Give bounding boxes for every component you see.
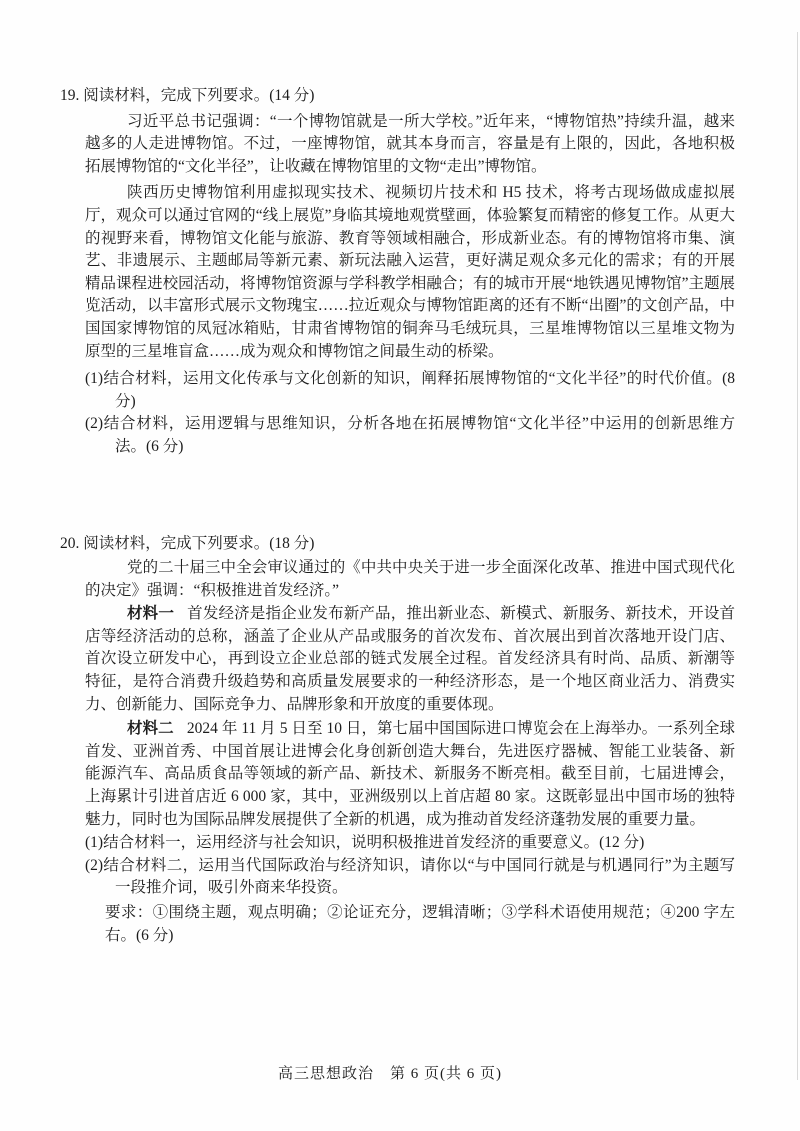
question-19-paragraph-2: 陕西历史博物馆利用虚拟现实技术、视频切片技术和 H5 技术，将考古现场做成虚拟展… (85, 182, 735, 363)
material-1-text: 首发经济是指企业发布新产品，推出新业态、新模式、新服务、新技术，开设首店等经济活… (85, 605, 735, 712)
question-20-intro-paragraph: 党的二十届三中全会审议通过的《中共中央关于进一步全面深化改革、推进中国式现代化的… (85, 557, 735, 602)
question-20-material-2: 材料二2024 年 11 月 5 日至 10 日，第七届中国国际进口博览会在上海… (85, 718, 735, 831)
exam-paper-page: 19. 阅读材料，完成下列要求。(14 分) 习近平总书记强调：“一个博物馆就是… (0, 0, 800, 1131)
question-19-subquestion-2: (2)结合材料，运用逻辑与思维知识，分析各地在拓展博物馆“文化半径”中运用的创新… (85, 413, 735, 458)
question-19-subquestion-1: (1)结合材料，运用文化传承与文化创新的知识，阐释拓展博物馆的“文化半径”的时代… (85, 368, 735, 413)
question-19-paragraph-1: 习近平总书记强调：“一个博物馆就是一所大学校。”近年来，“博物馆热”持续升温，越… (85, 111, 735, 179)
question-20-material-1: 材料一首发经济是指企业发布新产品，推出新业态、新模式、新服务、新技术，开设首店等… (85, 603, 735, 716)
material-2-label: 材料二 (127, 720, 174, 737)
question-20-header: 20. 阅读材料，完成下列要求。(18 分) (85, 533, 735, 556)
question-20-requirements: 要求：①围绕主题，观点明确；②论证充分，逻辑清晰；③学科术语使用规范；④200 … (105, 902, 735, 947)
question-19-header: 19. 阅读材料，完成下列要求。(14 分) (85, 85, 735, 108)
question-20-subquestion-2: (2)结合材料二，运用当代国际政治与经济知识，请你以“与中国同行就是与机遇同行”… (85, 855, 735, 900)
page-footer: 高三思想政治 第 6 页(共 6 页) (0, 1063, 780, 1086)
page-content: 19. 阅读材料，完成下列要求。(14 分) 习近平总书记强调：“一个博物馆就是… (85, 85, 735, 947)
question-19: 19. 阅读材料，完成下列要求。(14 分) 习近平总书记强调：“一个博物馆就是… (85, 85, 735, 459)
scan-edge-line (797, 32, 798, 1080)
material-1-label: 材料一 (127, 605, 174, 622)
question-20-subquestion-1: (1)结合材料一，运用经济与社会知识，说明积极推进首发经济的重要意义。(12 分… (85, 832, 735, 855)
question-20: 20. 阅读材料，完成下列要求。(18 分) 党的二十届三中全会审议通过的《中共… (85, 533, 735, 948)
material-2-text: 2024 年 11 月 5 日至 10 日，第七届中国国际进口博览会在上海举办。… (85, 720, 735, 827)
